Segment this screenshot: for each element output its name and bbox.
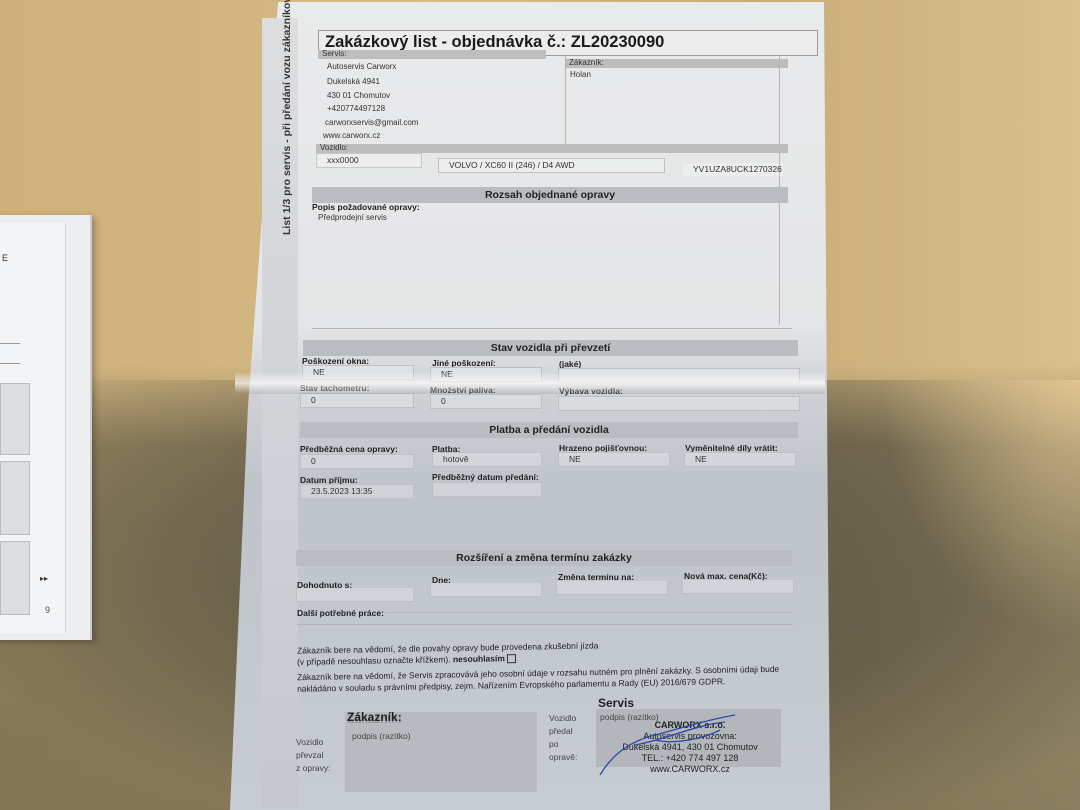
service-web: www.carworx.cz [323,131,380,140]
est-price-label: Předběžná cena opravy: [300,444,398,454]
booklet-image [0,541,30,615]
customer-label: Zákazník: [569,58,604,67]
odometer-field: 0 [300,393,414,408]
intake-date-field: 23.5.2023 13:35 [300,484,414,499]
divider [385,612,793,613]
divider [297,624,793,625]
divider [312,328,792,329]
deadline-change-field [556,581,668,595]
copy-note: List 1/3 pro servis - při předání vozu z… [281,0,293,235]
agreed-with-field [296,588,414,602]
repair-desc-label: Popis požadované opravy: [312,202,420,212]
vehicle-state-heading: Stav vozidla při převzetí [303,340,798,356]
odometer-value: 0 [311,395,316,405]
disagree-checkbox[interactable] [507,654,516,663]
desk-light [880,380,1080,640]
parts-return-value: NE [695,454,707,464]
vehicle-label: Vozidlo: [320,143,348,152]
vehicle-header: Vozidlo: [316,144,788,153]
booklet-page: E ▸▸ 9 [0,223,66,633]
insurance-value: NE [569,454,581,464]
caption-line: z opravy: [296,762,331,775]
payment-heading: Platba a předání vozidla [300,422,798,438]
est-price-value: 0 [311,456,316,466]
service-sign-heading: Servis [598,696,634,710]
service-email: carworxservis@gmail.com [325,118,418,127]
customer-name: Holan [570,70,591,79]
caption-line: předal [549,725,577,738]
customer-signature-label: podpis (razítko) [352,731,411,741]
service-line: 430 01 Chomutov [327,91,390,100]
divider [0,363,20,364]
caption-line: opravě: [549,751,577,764]
divider [0,343,20,344]
payment-value: hotově [443,454,469,464]
payment-field: hotově [432,452,542,467]
page-number: 9 [45,605,50,615]
parts-return-field: NE [684,452,796,467]
equipment-field [558,396,800,411]
vin-value: YV1UZA8UCK1270326 [693,164,782,174]
fuel-field: 0 [430,394,542,409]
model-field: VOLVO / XC60 II (246) / D4 AWD [438,158,665,173]
caption-line: Vozidlo [296,736,331,749]
service-caption: Vozidlo předal po opravě: [549,712,577,764]
extension-heading: Rozšíření a změna termínu zakázky [296,550,792,566]
service-label: Servis: [322,49,346,58]
booklet-image [0,461,30,535]
service-line: +420774497128 [327,104,385,113]
repair-scope-heading: Rozsah objednané opravy [312,187,788,203]
vin-field: YV1UZA8UCK1270326 [683,163,783,176]
next-arrows-icon: ▸▸ [40,574,48,583]
divider [565,55,566,145]
service-line: Autoservis Carworx [327,62,396,71]
plate-value: xxx0000 [327,155,359,165]
service-line: Dukelská 4941 [327,77,380,86]
caption-line: po [549,738,577,751]
handover-date-label: Předběžný datum předání: [432,472,539,482]
est-price-field: 0 [300,454,414,469]
booklet-image [0,383,30,455]
repair-desc-value: Předprodejní servis [318,213,387,222]
fuel-value: 0 [441,396,446,406]
plate-field: xxx0000 [316,153,422,168]
booklet: E ▸▸ 9 [0,215,92,640]
paper-fold [235,372,825,394]
customer-caption: Vozidlo převzal z opravy: [296,736,331,775]
service-header: Servis: [318,50,546,59]
further-work-label: Další potřebné práce: [297,608,384,618]
intake-date-value: 23.5.2023 13:35 [311,486,372,496]
booklet-letter: E [2,253,8,263]
disagree-label: nesouhlasím [453,653,505,664]
customer-sign-heading-overlay: Zákazník: [347,710,402,724]
handover-date-field [432,482,542,497]
model-value: VOLVO / XC60 II (246) / D4 AWD [449,160,575,170]
customer-header: Zákazník: [565,59,788,68]
handwritten-signature-icon [595,710,745,780]
caption-line: Vozidlo [549,712,577,725]
new-max-price-field [682,580,794,594]
date-field [430,583,542,597]
insurance-field: NE [558,452,670,467]
customer-signature-box[interactable] [345,712,537,792]
caption-line: převzal [296,749,331,762]
